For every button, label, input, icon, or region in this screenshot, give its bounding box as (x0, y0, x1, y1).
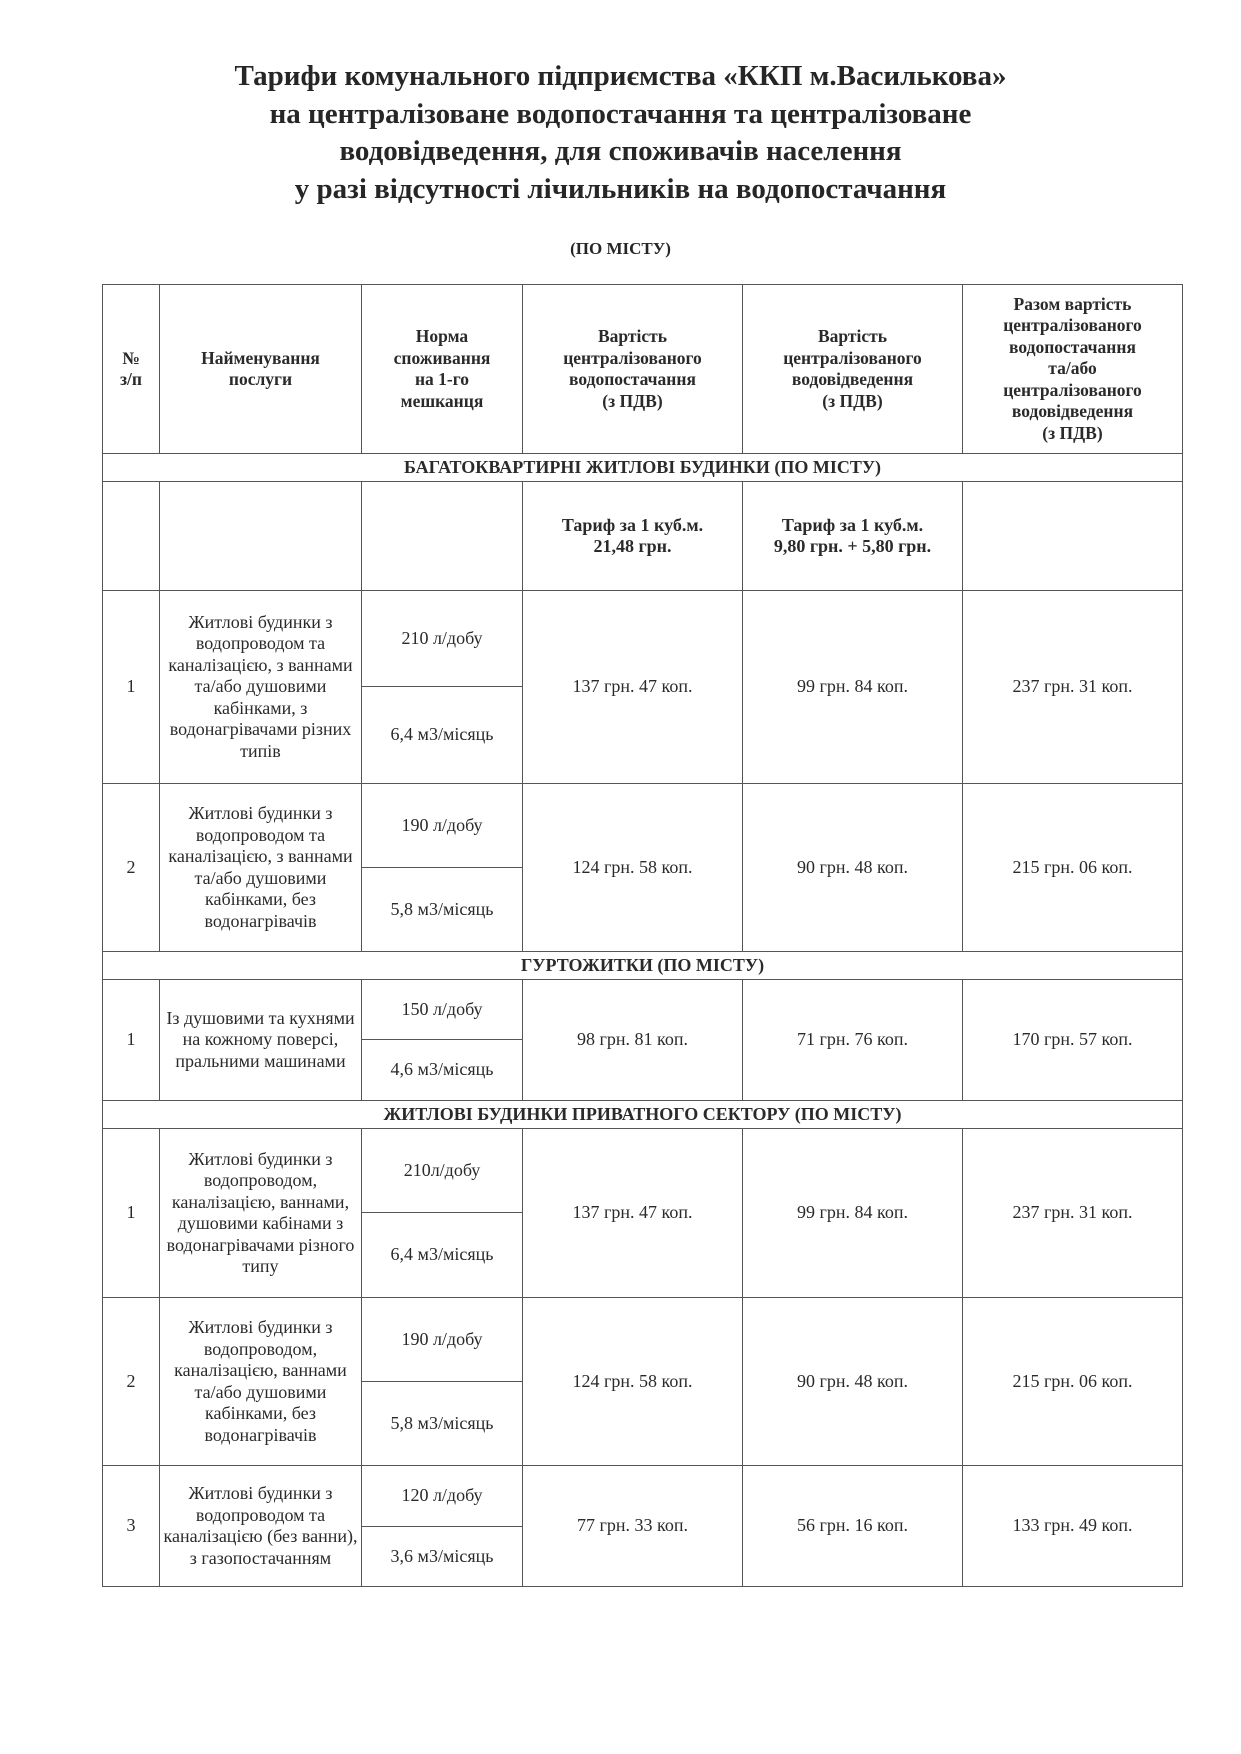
row-norm-daily-text: 210л/добу (404, 1160, 481, 1182)
tariff-water-supply: Тариф за 1 куб.м. 21,48 грн. (522, 481, 743, 591)
row-total-cost-text: 133 грн. 49 коп. (1013, 1515, 1133, 1537)
tariff-row-service (159, 481, 362, 591)
header-number-text: № з/п (120, 348, 142, 391)
row-service: Із душовими та кухнями на кожному поверс… (159, 979, 362, 1101)
row-norm-monthly: 4,6 м3/місяць (361, 1039, 523, 1101)
row-norm-daily: 150 л/добу (361, 979, 523, 1040)
tariff-row-number (102, 481, 160, 591)
row-drainage-cost: 99 грн. 84 коп. (742, 590, 963, 784)
row-drainage-cost-text: 56 грн. 16 коп. (797, 1515, 908, 1537)
header-total-text: Разом вартість централізованого водопост… (1003, 294, 1142, 445)
header-service: Найменування послуги (159, 284, 362, 454)
row-water-supply-cost: 98 грн. 81 коп. (522, 979, 743, 1101)
row-norm-monthly-text: 5,8 м3/місяць (391, 899, 494, 921)
row-total-cost-text: 237 грн. 31 коп. (1013, 676, 1133, 698)
row-drainage-cost-text: 90 грн. 48 коп. (797, 857, 908, 879)
row-norm-daily: 210л/добу (361, 1128, 523, 1213)
section-header-text: ЖИТЛОВІ БУДИНКИ ПРИВАТНОГО СЕКТОРУ (ПО М… (383, 1104, 901, 1126)
row-norm-monthly: 3,6 м3/місяць (361, 1526, 523, 1587)
tariff-water-supply-text: Тариф за 1 куб.м. 21,48 грн. (562, 515, 703, 558)
row-total-cost-text: 170 грн. 57 коп. (1013, 1029, 1133, 1051)
row-service-text: Із душовими та кухнями на кожному поверс… (163, 1008, 358, 1073)
row-water-supply-cost: 77 грн. 33 коп. (522, 1465, 743, 1587)
row-norm-daily-text: 210 л/добу (401, 628, 482, 650)
row-number: 3 (102, 1465, 160, 1587)
row-norm-daily: 120 л/добу (361, 1465, 523, 1527)
row-total-cost: 237 грн. 31 коп. (962, 590, 1183, 784)
row-drainage-cost-text: 90 грн. 48 коп. (797, 1371, 908, 1393)
row-service-text: Житлові будинки з водопроводом та каналі… (163, 803, 358, 932)
row-total-cost-text: 237 грн. 31 коп. (1013, 1202, 1133, 1224)
row-norm-monthly-text: 6,4 м3/місяць (391, 724, 494, 746)
row-norm-daily: 190 л/добу (361, 1297, 523, 1382)
row-number: 1 (102, 1128, 160, 1298)
row-norm-monthly: 5,8 м3/місяць (361, 1381, 523, 1466)
row-number-text: 1 (127, 676, 136, 698)
section-header: ЖИТЛОВІ БУДИНКИ ПРИВАТНОГО СЕКТОРУ (ПО М… (102, 1100, 1183, 1129)
row-service-text: Житлові будинки з водопроводом, каналіза… (163, 1149, 358, 1278)
section-header: БАГАТОКВАРТИРНІ ЖИТЛОВІ БУДИНКИ (ПО МІСТ… (102, 453, 1183, 482)
row-service: Житлові будинки з водопроводом, каналіза… (159, 1128, 362, 1298)
row-total-cost: 237 грн. 31 коп. (962, 1128, 1183, 1298)
row-norm-daily-text: 150 л/добу (401, 999, 482, 1021)
row-drainage-cost: 90 грн. 48 коп. (742, 783, 963, 952)
row-water-supply-cost-text: 137 грн. 47 коп. (573, 1202, 693, 1224)
header-service-text: Найменування послуги (201, 348, 320, 391)
row-norm-daily-text: 190 л/добу (401, 815, 482, 837)
row-number-text: 1 (127, 1202, 136, 1224)
header-norm: Норма споживання на 1-го мешканця (361, 284, 523, 454)
header-water-supply: Вартість централізованого водопостачання… (522, 284, 743, 454)
header-norm-text: Норма споживання на 1-го мешканця (394, 326, 491, 412)
row-norm-monthly: 5,8 м3/місяць (361, 867, 523, 952)
row-total-cost-text: 215 грн. 06 коп. (1013, 857, 1133, 879)
header-total: Разом вартість централізованого водопост… (962, 284, 1183, 454)
header-water-supply-text: Вартість централізованого водопостачання… (563, 326, 702, 412)
section-header-text: БАГАТОКВАРТИРНІ ЖИТЛОВІ БУДИНКИ (ПО МІСТ… (404, 457, 881, 479)
row-norm-daily-text: 190 л/добу (401, 1329, 482, 1351)
row-service-text: Житлові будинки з водопроводом та каналі… (163, 1483, 358, 1569)
row-norm-daily: 210 л/добу (361, 590, 523, 687)
row-water-supply-cost-text: 124 грн. 58 коп. (573, 857, 693, 879)
row-number-text: 2 (127, 1371, 136, 1393)
tariff-row-norm (361, 481, 523, 591)
row-water-supply-cost-text: 98 грн. 81 коп. (577, 1029, 688, 1051)
row-norm-monthly-text: 4,6 м3/місяць (391, 1059, 494, 1081)
row-service-text: Житлові будинки з водопроводом та каналі… (163, 612, 358, 763)
row-water-supply-cost-text: 124 грн. 58 коп. (573, 1371, 693, 1393)
row-service-text: Житлові будинки з водопроводом, каналіза… (163, 1317, 358, 1446)
section-header-text: ГУРТОЖИТКИ (ПО МІСТУ) (521, 955, 764, 977)
row-norm-daily: 190 л/добу (361, 783, 523, 868)
tariff-drainage-text: Тариф за 1 куб.м. 9,80 грн. + 5,80 грн. (774, 515, 931, 558)
tariff-row-total (962, 481, 1183, 591)
header-number: № з/п (102, 284, 160, 454)
row-drainage-cost: 56 грн. 16 коп. (742, 1465, 963, 1587)
row-total-cost: 133 грн. 49 коп. (962, 1465, 1183, 1587)
tariff-table: № з/пНайменування послугиНорма споживанн… (0, 0, 1241, 1754)
row-service: Житлові будинки з водопроводом та каналі… (159, 590, 362, 784)
row-total-cost-text: 215 грн. 06 коп. (1013, 1371, 1133, 1393)
row-number-text: 3 (127, 1515, 136, 1537)
row-drainage-cost: 71 грн. 76 коп. (742, 979, 963, 1101)
header-drainage: Вартість централізованого водовідведення… (742, 284, 963, 454)
tariff-drainage: Тариф за 1 куб.м. 9,80 грн. + 5,80 грн. (742, 481, 963, 591)
row-drainage-cost-text: 71 грн. 76 коп. (797, 1029, 908, 1051)
row-service: Житлові будинки з водопроводом та каналі… (159, 783, 362, 952)
row-drainage-cost-text: 99 грн. 84 коп. (797, 676, 908, 698)
row-water-supply-cost: 124 грн. 58 коп. (522, 783, 743, 952)
row-norm-monthly-text: 3,6 м3/місяць (391, 1546, 494, 1568)
row-total-cost: 170 грн. 57 коп. (962, 979, 1183, 1101)
row-service: Житлові будинки з водопроводом та каналі… (159, 1465, 362, 1587)
row-water-supply-cost-text: 77 грн. 33 коп. (577, 1515, 688, 1537)
row-total-cost: 215 грн. 06 коп. (962, 1297, 1183, 1466)
row-norm-monthly: 6,4 м3/місяць (361, 686, 523, 784)
row-number-text: 2 (127, 857, 136, 879)
row-water-supply-cost: 137 грн. 47 коп. (522, 1128, 743, 1298)
row-water-supply-cost: 137 грн. 47 коп. (522, 590, 743, 784)
row-total-cost: 215 грн. 06 коп. (962, 783, 1183, 952)
row-number: 1 (102, 979, 160, 1101)
row-norm-daily-text: 120 л/добу (401, 1485, 482, 1507)
row-drainage-cost: 99 грн. 84 коп. (742, 1128, 963, 1298)
row-service: Житлові будинки з водопроводом, каналіза… (159, 1297, 362, 1466)
row-water-supply-cost-text: 137 грн. 47 коп. (573, 676, 693, 698)
header-drainage-text: Вартість централізованого водовідведення… (783, 326, 922, 412)
row-drainage-cost: 90 грн. 48 коп. (742, 1297, 963, 1466)
row-water-supply-cost: 124 грн. 58 коп. (522, 1297, 743, 1466)
row-norm-monthly-text: 6,4 м3/місяць (391, 1244, 494, 1266)
row-drainage-cost-text: 99 грн. 84 коп. (797, 1202, 908, 1224)
row-number: 1 (102, 590, 160, 784)
row-norm-monthly-text: 5,8 м3/місяць (391, 1413, 494, 1435)
row-number: 2 (102, 1297, 160, 1466)
row-number: 2 (102, 783, 160, 952)
row-number-text: 1 (127, 1029, 136, 1051)
section-header: ГУРТОЖИТКИ (ПО МІСТУ) (102, 951, 1183, 980)
row-norm-monthly: 6,4 м3/місяць (361, 1212, 523, 1298)
